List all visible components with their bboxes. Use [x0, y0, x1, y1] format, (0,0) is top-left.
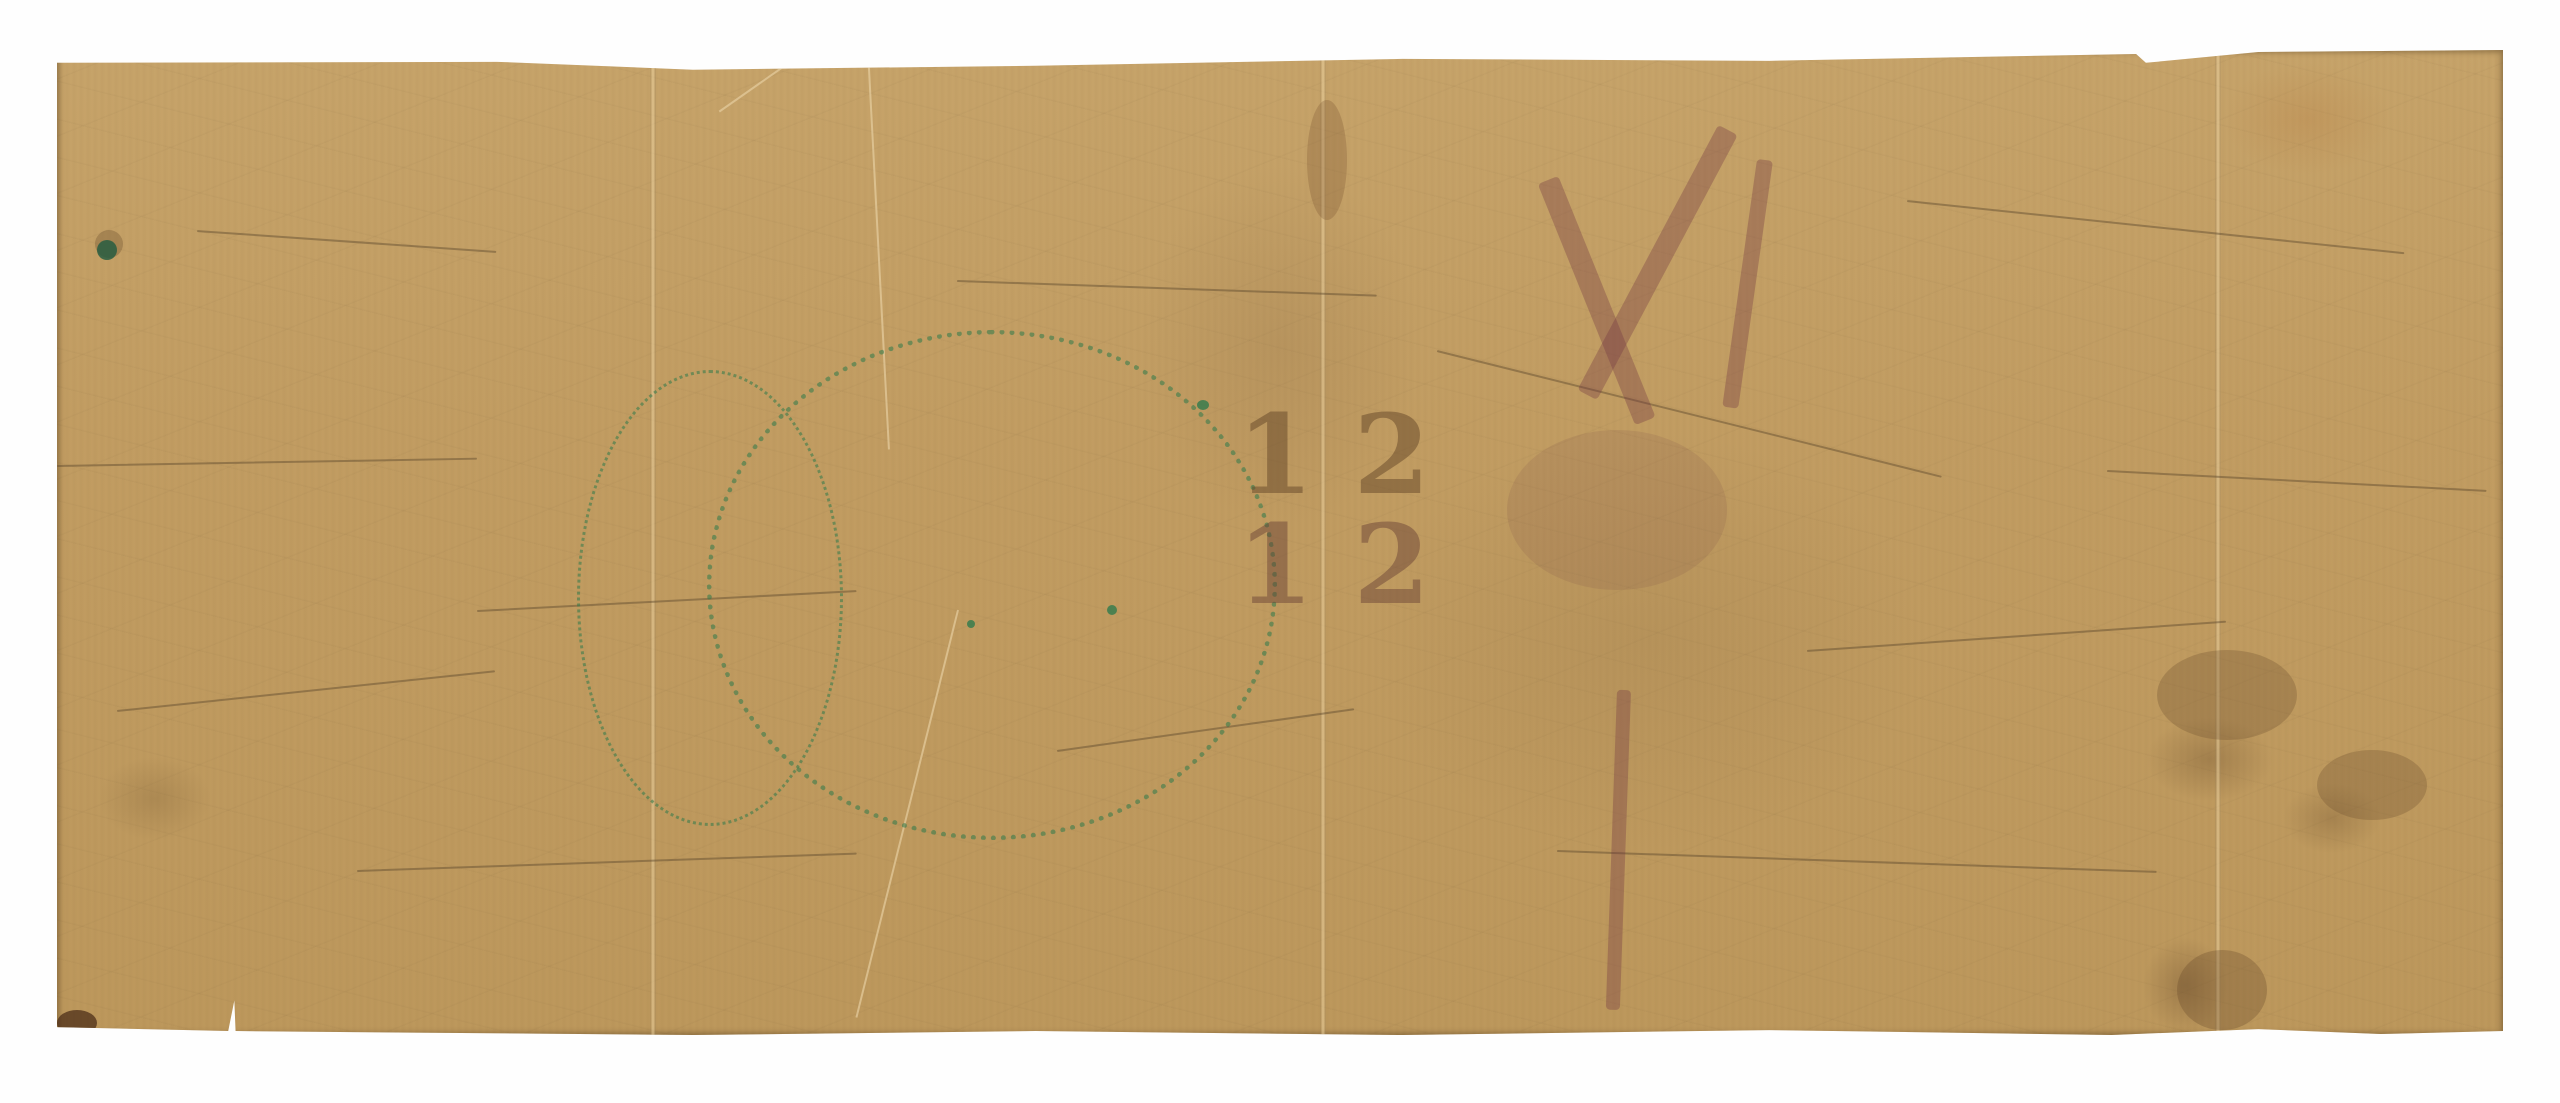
crack [957, 280, 1377, 297]
crease [719, 59, 794, 112]
green-ink-dot [967, 620, 975, 628]
green-ink-dot [1197, 400, 1209, 410]
crack [117, 670, 495, 712]
stain [2317, 750, 2427, 820]
crack [57, 458, 477, 467]
scan-background: 12 12 [0, 0, 2560, 1103]
crack [357, 853, 857, 872]
purple-vertical-mark [1606, 690, 1631, 1010]
crack [1907, 200, 2404, 254]
green-arc [577, 370, 843, 826]
green-ink-dot [97, 240, 117, 260]
crack [2107, 470, 2487, 492]
crack [1557, 850, 2157, 873]
stain [57, 1010, 97, 1036]
green-ink-dot [1107, 605, 1117, 615]
aged-paper-note: 12 12 [57, 50, 2503, 1035]
stain [2177, 950, 2267, 1030]
purple-haze [1507, 430, 1727, 590]
purple-v-inner-stroke [1722, 159, 1773, 409]
fold-line-right [2215, 50, 2221, 1035]
stain [2157, 650, 2297, 740]
stain [1307, 100, 1347, 220]
purple-v-right-stroke [1577, 125, 1737, 400]
faint-numerals-lower: 12 [1237, 500, 1470, 629]
crack [197, 230, 496, 253]
crack [1807, 621, 2226, 652]
